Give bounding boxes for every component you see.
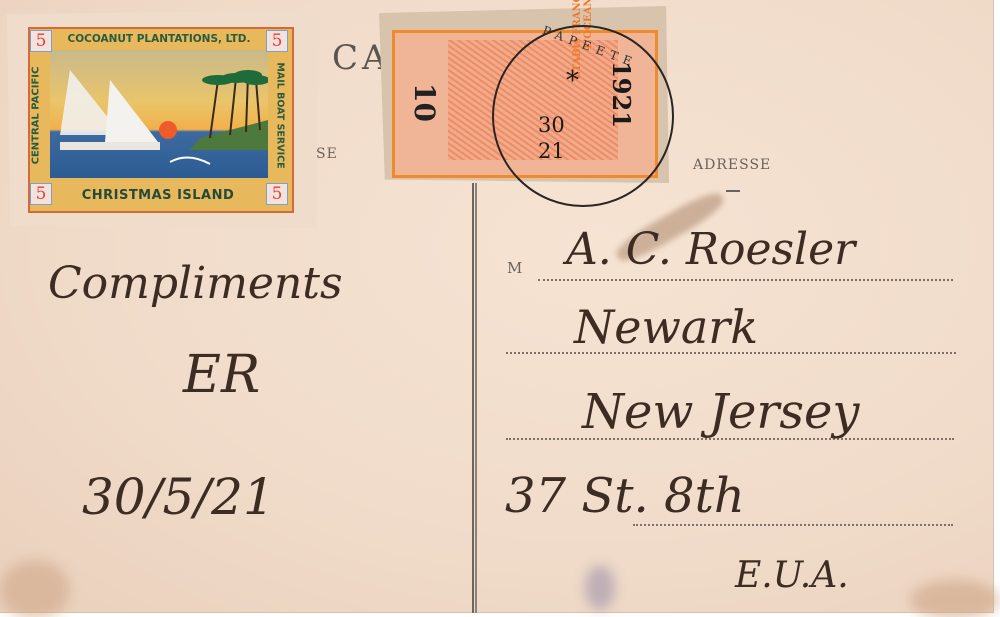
- partial-label: SE: [316, 146, 338, 162]
- message-compliments: Compliments: [48, 258, 343, 309]
- stamp-denomination: 5: [30, 183, 52, 205]
- address-city: Newark: [574, 300, 758, 354]
- stain: [910, 580, 1000, 617]
- postmark-date: 30 21: [538, 112, 565, 164]
- address-state: New Jersey: [582, 384, 860, 440]
- stamp-top-text: COCOANUT PLANTATIONS, LTD.: [48, 33, 270, 45]
- message-date: 30/5/21: [82, 468, 275, 526]
- postmark: [492, 25, 674, 207]
- postmark-year-short: 21: [538, 138, 565, 164]
- stamp-left-text: CENTRAL PACIFIC: [31, 54, 42, 178]
- address-dash: [726, 190, 740, 192]
- ink-smudge: [585, 565, 615, 610]
- center-divider: [472, 183, 474, 613]
- stamp-denomination: 5: [266, 183, 288, 205]
- postmark-star: *: [566, 66, 579, 96]
- address-line-1: [538, 279, 953, 281]
- address-line-4: [633, 524, 953, 526]
- address-country: E.U.A.: [735, 555, 849, 596]
- address-street: 37 St. 8th: [505, 468, 745, 524]
- stamp-right-text: MAIL BOAT SERVICE: [275, 54, 286, 178]
- stamp-scene: [50, 50, 268, 178]
- postmark-year: 1921: [607, 61, 636, 128]
- stamp-bottom-text: CHRISTMAS ISLAND: [50, 188, 266, 203]
- address-label: ADRESSE: [693, 157, 771, 173]
- address-name: A. C. Roesler: [566, 224, 855, 275]
- stain: [0, 560, 70, 617]
- stamp-denomination: 5: [30, 30, 52, 52]
- postmark-day: 30: [538, 112, 565, 138]
- surcharge-value: 10: [408, 83, 441, 122]
- salutation-m: M: [507, 259, 523, 277]
- stamp-denomination: 5: [266, 30, 288, 52]
- message-initials: ER: [183, 345, 260, 405]
